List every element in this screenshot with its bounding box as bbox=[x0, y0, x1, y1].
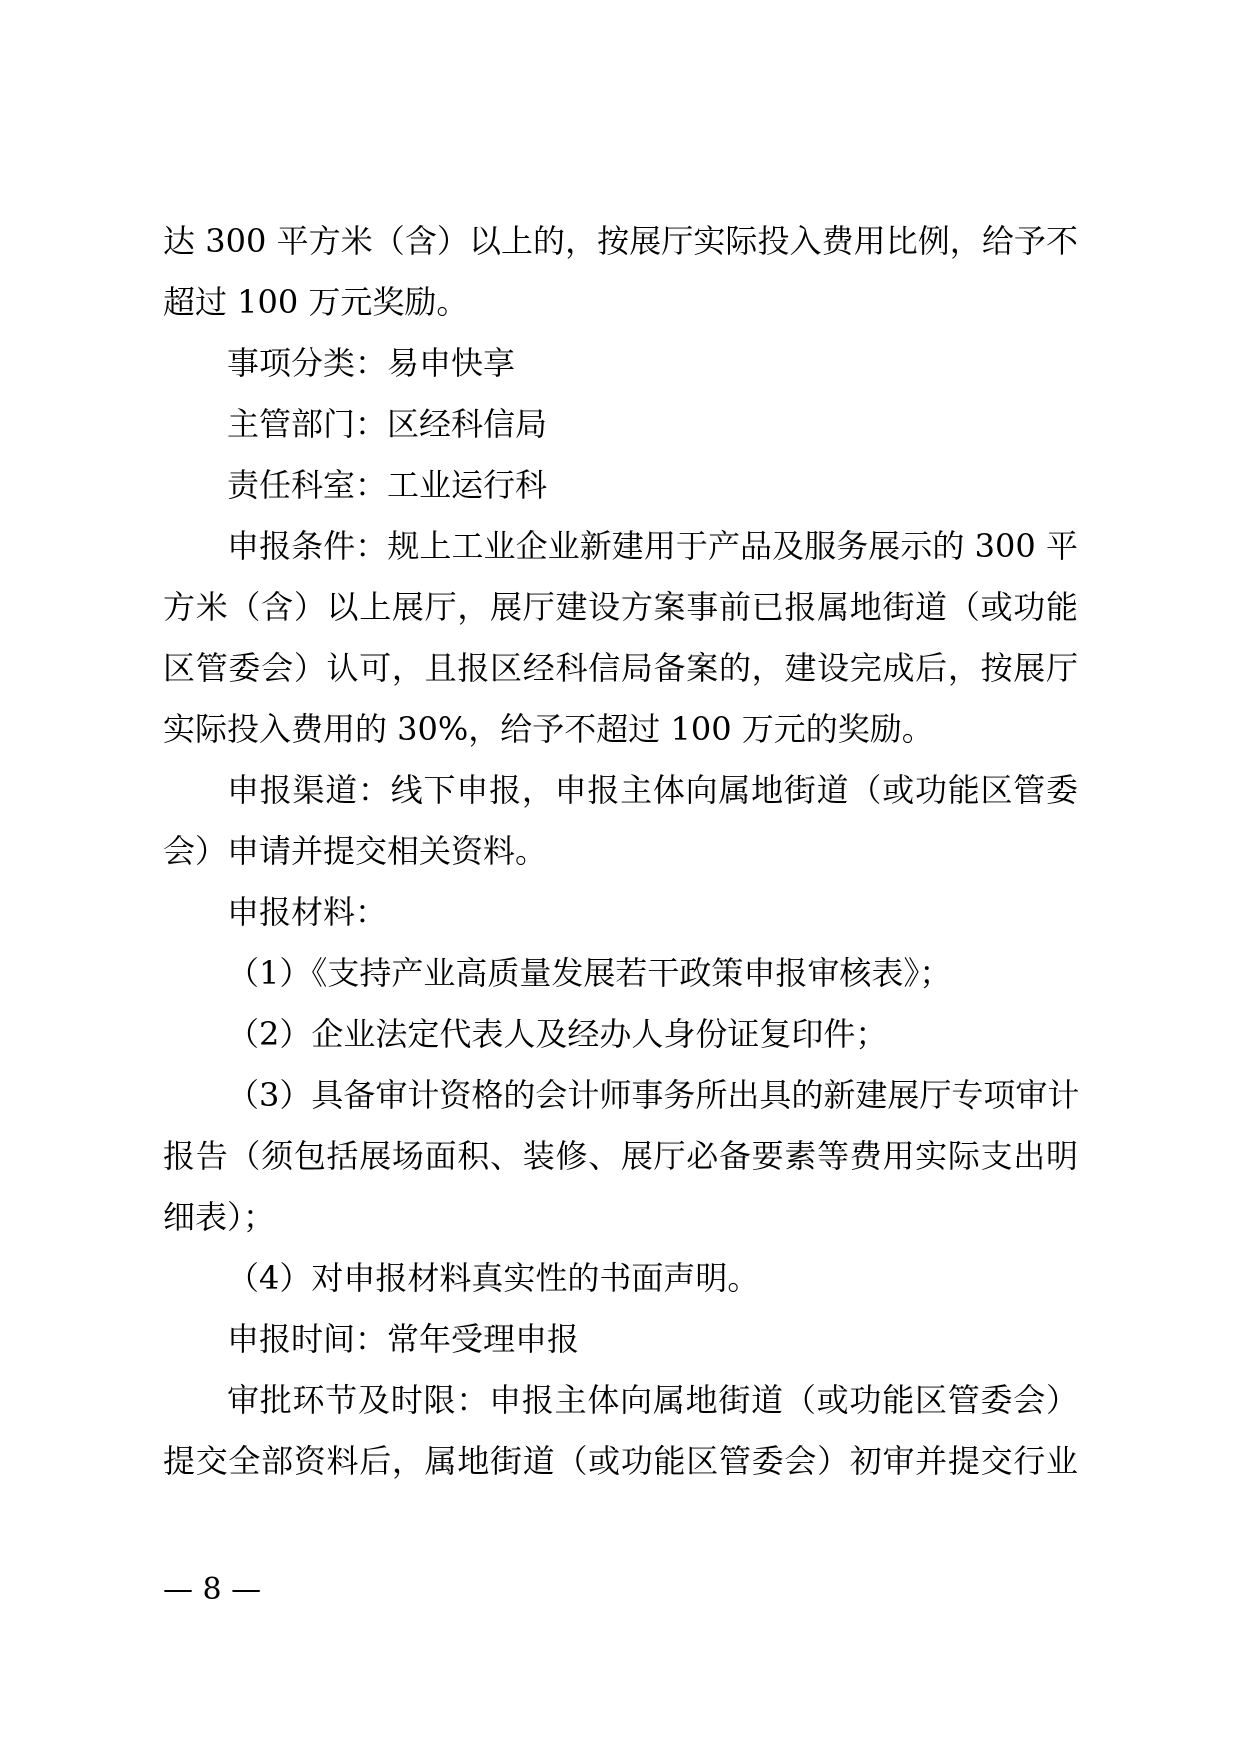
text-line: 会）申请并提交相关资料。 bbox=[163, 821, 1078, 882]
text-line: 超过 100 万元奖励。 bbox=[163, 272, 1078, 333]
text-line: 申报渠道：线下申报，申报主体向属地街道（或功能区管委 bbox=[163, 760, 1078, 821]
text-line: 事项分类：易申快享 bbox=[163, 333, 1078, 394]
text-line: （2）企业法定代表人及经办人身份证复印件； bbox=[163, 1004, 1078, 1065]
text-line: 申报材料： bbox=[163, 882, 1078, 943]
document-body: 达 300 平方米（含）以上的，按展厅实际投入费用比例，给予不超过 100 万元… bbox=[163, 211, 1078, 1492]
text-line: 细表）； bbox=[163, 1187, 1078, 1248]
text-line: 主管部门：区经科信局 bbox=[163, 394, 1078, 455]
text-line: 申报时间：常年受理申报 bbox=[163, 1309, 1078, 1370]
text-line: 审批环节及时限：申报主体向属地街道（或功能区管委会） bbox=[163, 1370, 1078, 1431]
text-line: 实际投入费用的 30%，给予不超过 100 万元的奖励。 bbox=[163, 699, 1078, 760]
text-line: （3）具备审计资格的会计师事务所出具的新建展厅专项审计 bbox=[163, 1065, 1078, 1126]
text-line: （4）对申报材料真实性的书面声明。 bbox=[163, 1248, 1078, 1309]
text-line: 达 300 平方米（含）以上的，按展厅实际投入费用比例，给予不 bbox=[163, 211, 1078, 272]
text-line: 责任科室：工业运行科 bbox=[163, 455, 1078, 516]
text-line: （1）《支持产业高质量发展若干政策申报审核表》； bbox=[163, 943, 1078, 1004]
text-line: 区管委会）认可，且报区经科信局备案的，建设完成后，按展厅 bbox=[163, 638, 1078, 699]
text-line: 方米（含）以上展厅，展厅建设方案事前已报属地街道（或功能 bbox=[163, 577, 1078, 638]
text-line: 提交全部资料后，属地街道（或功能区管委会）初审并提交行业 bbox=[163, 1431, 1078, 1492]
document-page: 达 300 平方米（含）以上的，按展厅实际投入费用比例，给予不超过 100 万元… bbox=[0, 0, 1241, 1755]
page-number: — 8 — bbox=[163, 1570, 261, 1610]
text-line: 报告（须包括展场面积、装修、展厅必备要素等费用实际支出明 bbox=[163, 1126, 1078, 1187]
text-line: 申报条件：规上工业企业新建用于产品及服务展示的 300 平 bbox=[163, 516, 1078, 577]
